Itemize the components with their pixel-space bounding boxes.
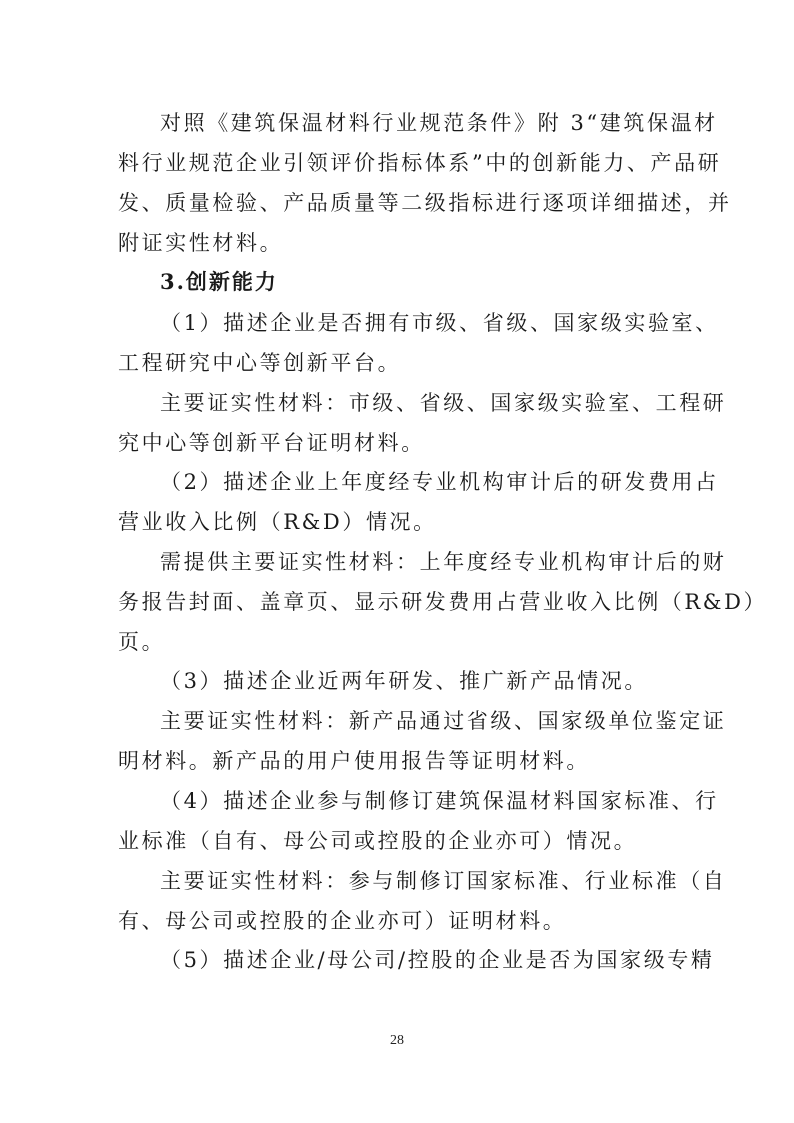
item-2-evidence-line-3: 页。 (118, 627, 674, 657)
item-3-evidence-line-1: 主要证实性材料：新产品通过省级、国家级单位鉴定证 (160, 706, 674, 736)
page-number: 28 (0, 1033, 794, 1049)
item-4-line-2: 业标准（自有、母公司或控股的企业亦可）情况。 (118, 826, 674, 856)
item-1-line-2: 工程研究中心等创新平台。 (118, 348, 674, 378)
section-heading: 3.创新能力 (160, 267, 674, 297)
item-2-evidence-line-1: 需提供主要证实性材料：上年度经专业机构审计后的财 (160, 547, 674, 577)
item-3-evidence-line-2: 明材料。新产品的用户使用报告等证明材料。 (118, 746, 674, 776)
item-1-evidence-line-1: 主要证实性材料：市级、省级、国家级实验室、工程研 (160, 388, 674, 418)
item-4-evidence-line-2: 有、母公司或控股的企业亦可）证明材料。 (118, 906, 674, 936)
intro-line-1: 对照《建筑保温材料行业规范条件》附 3“建筑保温材 (160, 108, 674, 138)
intro-line-3: 发、质量检验、产品质量等二级指标进行逐项详细描述，并 (118, 188, 674, 218)
item-3-line-1: （3）描述企业近两年研发、推广新产品情况。 (160, 666, 674, 696)
item-2-evidence-line-2: 务报告封面、盖章页、显示研发费用占营业收入比例（R&D） (118, 587, 674, 617)
item-4-evidence-line-1: 主要证实性材料：参与制修订国家标准、行业标准（自 (160, 866, 674, 896)
intro-line-4: 附证实性材料。 (118, 228, 674, 258)
item-2-line-2: 营业收入比例（R&D）情况。 (118, 507, 674, 537)
intro-line-2: 料行业规范企业引领评价指标体系”中的创新能力、产品研 (118, 148, 674, 178)
item-1-line-1: （1）描述企业是否拥有市级、省级、国家级实验室、 (160, 308, 674, 338)
document-page: 对照《建筑保温材料行业规范条件》附 3“建筑保温材 料行业规范企业引领评价指标体… (0, 0, 794, 1123)
item-4-line-1: （4）描述企业参与制修订建筑保温材料国家标准、行 (160, 786, 674, 816)
item-1-evidence-line-2: 究中心等创新平台证明材料。 (118, 428, 674, 458)
item-5-line-1: （5）描述企业/母公司/控股的企业是否为国家级专精 (160, 945, 674, 975)
item-2-line-1: （2）描述企业上年度经专业机构审计后的研发费用占 (160, 467, 674, 497)
